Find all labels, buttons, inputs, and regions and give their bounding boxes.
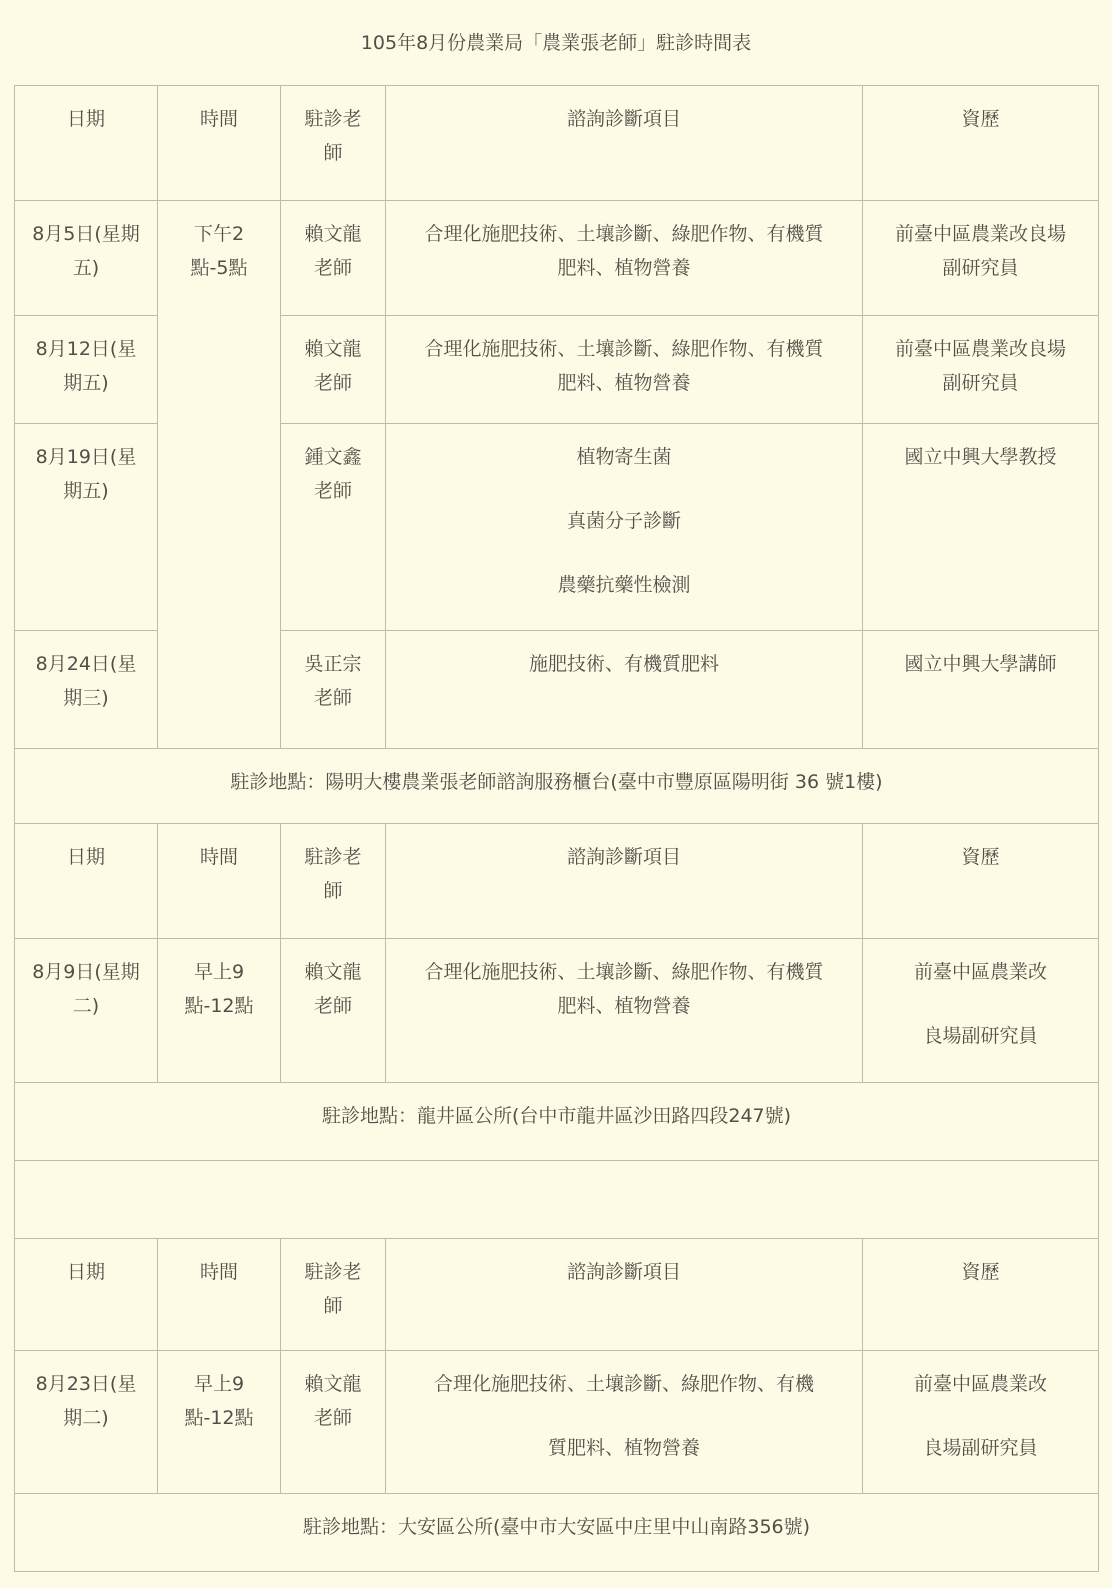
credentials-cell: 前臺中區農業改良場副研究員 [863, 316, 1099, 424]
schedule-row: 8月5日(星期五) 下午2點-5點 賴文龍老師 合理化施肥技術、土壤診斷、綠肥作… [15, 201, 1099, 316]
date-cell: 8月24日(星期三) [15, 631, 158, 749]
date-cell: 8月19日(星期五) [15, 424, 158, 631]
header-cell-time: 時間 [158, 86, 281, 201]
empty-cell [15, 1161, 1099, 1239]
teacher-cell: 賴文龍老師 [281, 939, 386, 1083]
location-row: 駐診地點：大安區公所(臺中市大安區中庄里中山南路356號) [15, 1494, 1099, 1572]
date-cell: 8月5日(星期五) [15, 201, 158, 316]
date-cell: 8月12日(星期五) [15, 316, 158, 424]
header-cell-time: 時間 [158, 824, 281, 939]
date-cell: 8月23日(星期二) [15, 1351, 158, 1494]
teacher-cell: 吳正宗老師 [281, 631, 386, 749]
page-title: 105年8月份農業局「農業張老師」駐診時間表 [0, 0, 1112, 85]
header-cell-date: 日期 [15, 1239, 158, 1351]
header-cell-date: 日期 [15, 86, 158, 201]
credentials-cell: 前臺中區農業改良場副研究員 [863, 939, 1099, 1083]
header-cell-teacher: 駐診老師 [281, 824, 386, 939]
location-cell: 駐診地點：大安區公所(臺中市大安區中庄里中山南路356號) [15, 1494, 1099, 1572]
teacher-cell: 鍾文鑫老師 [281, 424, 386, 631]
consultation-schedule-table: 日期 時間 駐診老師 諮詢診斷項目 資歷 8月5日(星期五) 下午2點-5點 賴… [14, 85, 1099, 1572]
header-cell-credentials: 資歷 [863, 824, 1099, 939]
time-cell: 早上9點-12點 [158, 939, 281, 1083]
items-cell: 合理化施肥技術、土壤診斷、綠肥作物、有機質肥料、植物營養 [386, 939, 863, 1083]
credentials-cell: 前臺中區農業改良場副研究員 [863, 1351, 1099, 1494]
credentials-cell: 前臺中區農業改良場副研究員 [863, 201, 1099, 316]
teacher-cell: 賴文龍老師 [281, 201, 386, 316]
header-cell-items: 諮詢診斷項目 [386, 824, 863, 939]
location-cell: 駐診地點：陽明大樓農業張老師諮詢服務櫃台(臺中市豐原區陽明街 36 號1樓) [15, 749, 1099, 824]
empty-spacer-row [15, 1161, 1099, 1239]
location-cell: 駐診地點：龍井區公所(台中市龍井區沙田路四段247號) [15, 1083, 1099, 1161]
time-cell: 早上9點-12點 [158, 1351, 281, 1494]
items-cell: 合理化施肥技術、土壤診斷、綠肥作物、有機質肥料、植物營養 [386, 1351, 863, 1494]
header-cell-teacher: 駐診老師 [281, 1239, 386, 1351]
location-row: 駐診地點：陽明大樓農業張老師諮詢服務櫃台(臺中市豐原區陽明街 36 號1樓) [15, 749, 1099, 824]
header-cell-date: 日期 [15, 824, 158, 939]
header-cell-items: 諮詢診斷項目 [386, 1239, 863, 1351]
header-row-1: 日期 時間 駐診老師 諮詢診斷項目 資歷 [15, 86, 1099, 201]
items-cell: 合理化施肥技術、土壤診斷、綠肥作物、有機質肥料、植物營養 [386, 316, 863, 424]
items-cell: 合理化施肥技術、土壤診斷、綠肥作物、有機質肥料、植物營養 [386, 201, 863, 316]
header-cell-teacher: 駐診老師 [281, 86, 386, 201]
header-cell-time: 時間 [158, 1239, 281, 1351]
header-cell-credentials: 資歷 [863, 86, 1099, 201]
header-cell-credentials: 資歷 [863, 1239, 1099, 1351]
credentials-cell: 國立中興大學教授 [863, 424, 1099, 631]
schedule-row: 8月23日(星期二) 早上9點-12點 賴文龍老師 合理化施肥技術、土壤診斷、綠… [15, 1351, 1099, 1494]
teacher-cell: 賴文龍老師 [281, 316, 386, 424]
location-row: 駐診地點：龍井區公所(台中市龍井區沙田路四段247號) [15, 1083, 1099, 1161]
items-cell: 植物寄生菌真菌分子診斷農藥抗藥性檢測 [386, 424, 863, 631]
credentials-cell: 國立中興大學講師 [863, 631, 1099, 749]
teacher-cell: 賴文龍老師 [281, 1351, 386, 1494]
time-cell-merged: 下午2點-5點 [158, 201, 281, 749]
items-cell: 施肥技術、有機質肥料 [386, 631, 863, 749]
date-cell: 8月9日(星期二) [15, 939, 158, 1083]
header-row-3: 日期 時間 駐診老師 諮詢診斷項目 資歷 [15, 1239, 1099, 1351]
header-cell-items: 諮詢診斷項目 [386, 86, 863, 201]
header-row-2: 日期 時間 駐診老師 諮詢診斷項目 資歷 [15, 824, 1099, 939]
schedule-row: 8月9日(星期二) 早上9點-12點 賴文龍老師 合理化施肥技術、土壤診斷、綠肥… [15, 939, 1099, 1083]
